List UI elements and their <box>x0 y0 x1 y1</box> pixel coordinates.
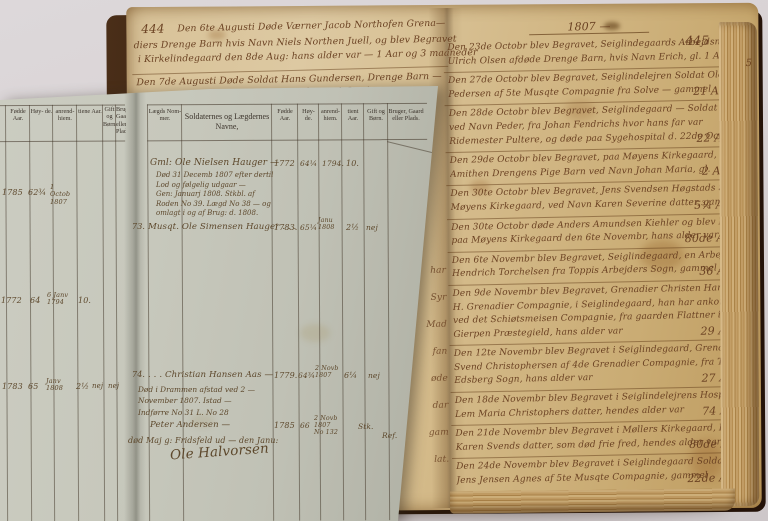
col-header: tient Aar. <box>342 108 364 123</box>
cell-bruger: Ref. <box>382 431 397 440</box>
soldier-name: Gml: Ole Nielsen Hauger — <box>150 158 279 168</box>
col-header: anrend- hiem. <box>319 108 342 123</box>
col-header-navne: Soldaternes og Lægdernes Navne, <box>182 112 272 131</box>
page-edge-stack: 5 <box>719 22 760 506</box>
cell-tient: 6¼ <box>344 371 357 380</box>
cell-tient: 10. <box>78 296 91 305</box>
year-heading: 1807 — <box>529 19 649 36</box>
note-line: Indførre No 31 L. No 28 <box>138 407 298 418</box>
left-book-pages: Fødde Aar. Høy- de. anrend- hiem. tiene … <box>0 84 442 521</box>
burial-entry: Den 12te Novembr blev Begravet i Seiglin… <box>450 340 743 393</box>
cell-bruger: nej <box>108 382 119 390</box>
cell-hoyde: 64¾ <box>298 371 315 380</box>
cell-anrend: 2 Novb 1807 No 132 <box>314 415 341 437</box>
cell-fodde: 1783. <box>274 223 297 232</box>
cell-hoyde: 64¼ <box>300 159 317 168</box>
soldier-notes: Død i Drammen afstad ved 2 —November 180… <box>138 384 298 418</box>
cell-hoyde: 65¼ <box>300 223 317 232</box>
col-header: Fødde Aar. <box>272 108 298 123</box>
col-header: Fødde Aar. <box>6 108 30 123</box>
cell-fodde: 1772 <box>274 159 295 168</box>
cell-fodde: 1785 <box>2 188 23 197</box>
cell-gift: nej <box>92 382 103 390</box>
note-line: Død i Drammen afstad ved 2 — <box>138 384 298 395</box>
note-line: Gen: Januarj 1808. Stkbl. af <box>156 190 286 200</box>
cell-hoyde: 65 <box>28 382 38 391</box>
cell-anrend: Janv 1808 <box>46 378 68 393</box>
cell-anrend: 1794. <box>322 159 344 168</box>
col-header: Høy- de. <box>298 108 319 123</box>
cell-hoyde: 66 <box>300 421 310 430</box>
col-header: Gift og Børn. <box>364 108 388 123</box>
bottom-page-edges <box>450 489 735 514</box>
photo-of-open-ledgers: 444 Den 6te Augusti Døde Værner Jacob No… <box>0 0 768 521</box>
legd-number: 73. <box>132 222 145 231</box>
note-line: omlagt i og af Brug: d. 1808. <box>156 209 286 219</box>
note-line: Roden No 39. Lægd No 38 — og <box>156 200 286 210</box>
col-header: anrend- hiem. <box>53 108 77 123</box>
cell-fodde: 1779. <box>274 371 297 380</box>
cell-fodde: 1772 <box>1 296 22 305</box>
left-book: Fødde Aar. Høy- de. anrend- hiem. tiene … <box>0 84 442 521</box>
cell-anrend: 1 Octob 1807 <box>50 184 74 206</box>
col-header: Gift og Børn. <box>103 106 116 139</box>
cell-tient: 10. <box>346 159 359 168</box>
soldier-name: . . . Christian Hansen Aas — <box>148 370 273 380</box>
soldier-name: Peter Andersen — <box>150 420 230 430</box>
cell-gift: nej <box>368 371 380 380</box>
note-line: Død 31 Decemb 1807 efter dertil <box>156 171 286 181</box>
cell-anrend: Janu 1808 <box>318 217 340 231</box>
cell-anrend: 6 Janv 1794 <box>47 292 71 307</box>
right-book-right-page: 1807 — 445 Den 23de Octobr blev Begravet… <box>443 17 745 515</box>
cell-fodde: 1783 <box>2 382 23 391</box>
col-header: tiene Aar. <box>77 108 103 115</box>
soldier-notes: Død 31 Decemb 1807 efter dertilLod og fø… <box>156 171 286 219</box>
cell-fodde: 1785 <box>274 421 295 430</box>
cell-hoyde: 64 <box>30 296 40 305</box>
col-header: Bruger, Gaard eller Plads. <box>388 108 424 123</box>
burial-entry: Den 24de Novembr blev Begravet i Seiglin… <box>452 453 745 491</box>
cell-gift: nej <box>366 223 378 232</box>
col-header: Bruger Gaard eller Plads. <box>116 106 126 139</box>
cell-gift: Stk. <box>358 422 373 431</box>
burial-entry: Den 9de Novembr blev Begravet, Grenadier… <box>448 280 741 346</box>
cell-tient: 2½ <box>346 223 359 232</box>
cell-anrend: 2 Novb 1807 <box>315 365 340 379</box>
legd-number: 74. <box>132 370 145 379</box>
note-line: Lod og følgelig udgaar — <box>156 181 286 191</box>
edge-page-number: 5 <box>746 58 752 69</box>
handwriting-line: Den 6te Augusti Døde Værner Jacob Northo… <box>177 18 445 35</box>
cell-tient: 2½ <box>76 382 89 391</box>
note-line: November 1807. Istad — <box>138 395 298 406</box>
col-header: Høy- de. <box>30 108 53 115</box>
cell-hoyde: 62¾ <box>28 188 46 197</box>
burial-entry: Den 28de Octobr blev Begravet, Seiglinde… <box>445 100 738 153</box>
col-header-legds-nummer: Lægds Nom- mer. <box>148 108 182 123</box>
burial-entries: Den 23de Octobr blev Begravet, Seiglinde… <box>443 34 744 492</box>
